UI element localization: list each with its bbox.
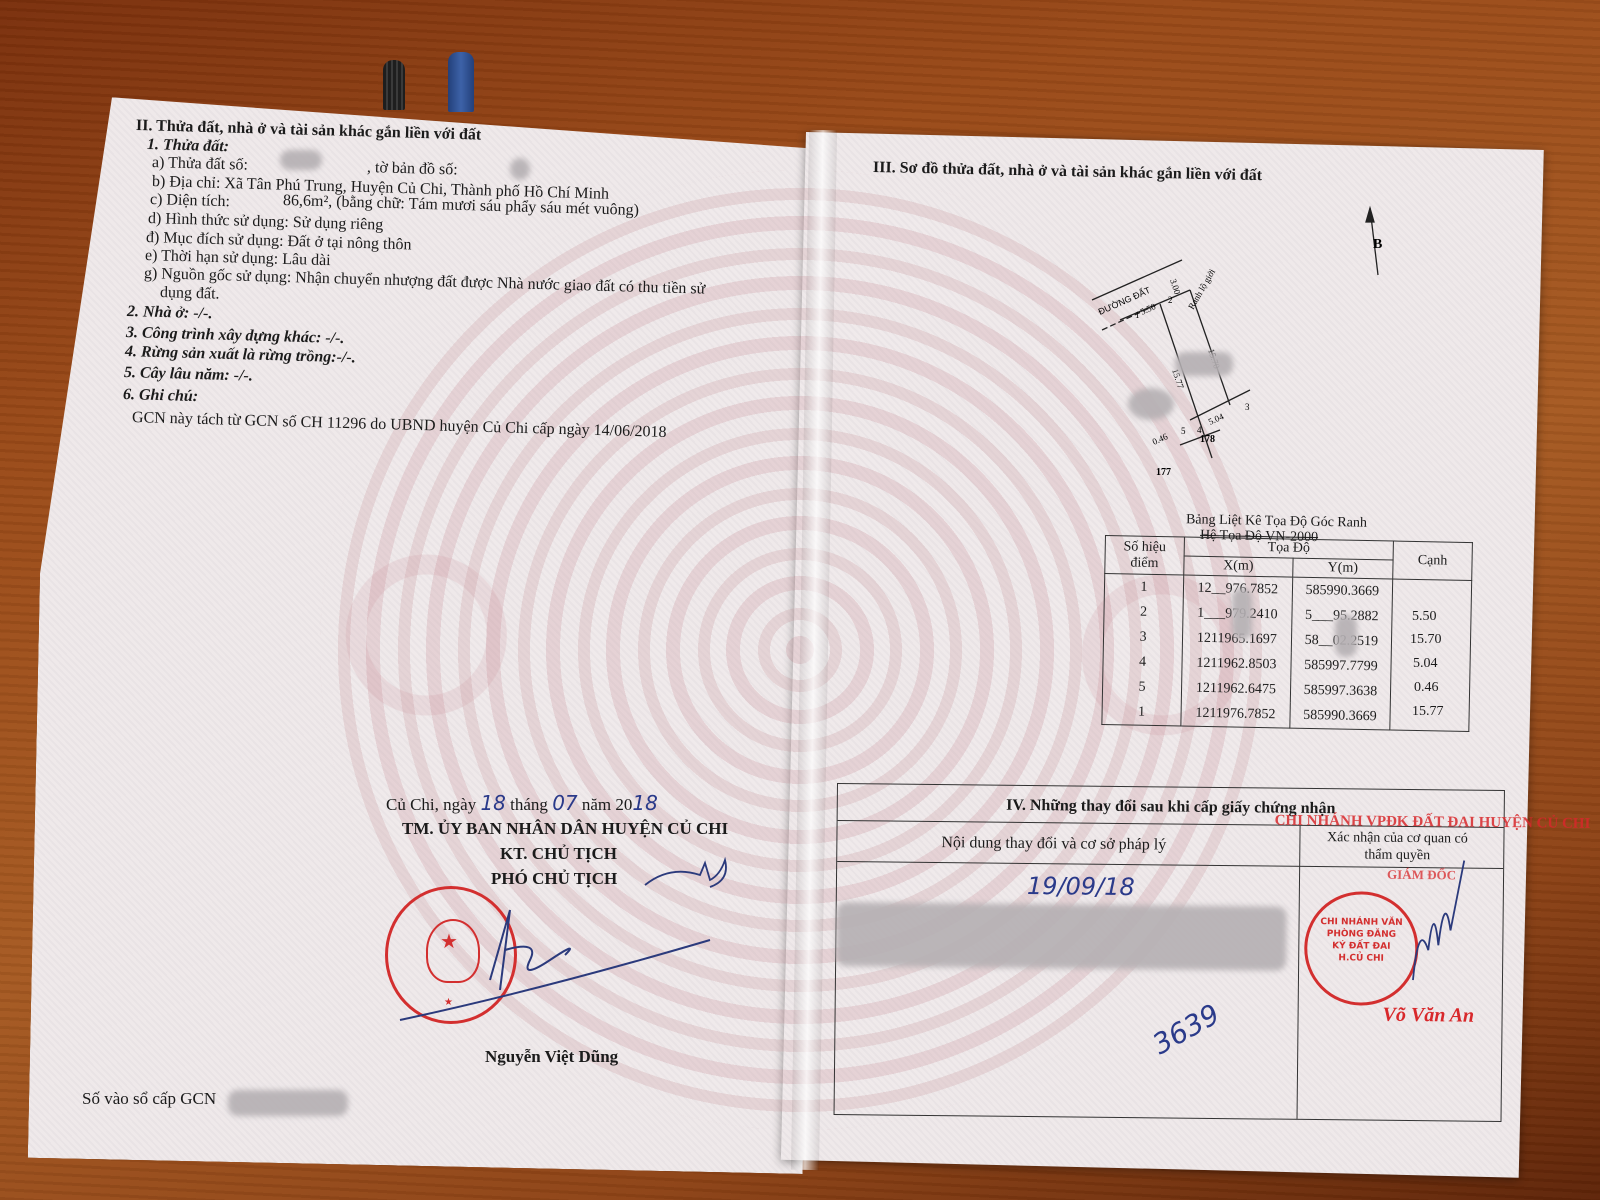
issuing-org: TM. ỦY BAN NHÂN DÂN HUYỆN CỦ CHI [402,820,728,837]
svg-text:5.04: 5.04 [1207,411,1226,427]
change-entry-date: 19/09/18 [1027,872,1135,901]
col-x: X(m) [1184,556,1293,577]
svg-text:3: 3 [1245,402,1250,412]
signature-registrar [1408,860,1469,991]
svg-text:2: 2 [1168,295,1173,305]
signer-role-1: KT. CHỦ TỊCH [500,845,617,862]
registrar-name: Võ Văn An [1382,1005,1474,1026]
signature-vice-chairman [390,900,720,1030]
changes-table: IV. Những thay đổi sau khi cấp giấy chứn… [834,783,1505,1122]
svg-text:3.00: 3.00 [1168,278,1183,297]
issue-date: Củ Chi, ngày 18 tháng 07 năm 2018 [386,793,658,813]
edge-value: 0.46 [1414,680,1439,696]
area-label: c) Diện tích: [150,192,230,210]
year-label: năm 20 [582,795,633,814]
section-2-sub1: 1. Thửa đất: [147,137,229,155]
signer-role-2: PHÓ CHỦ TỊCH [491,870,617,887]
north-label: B [1373,237,1382,252]
redacted-change-content [836,902,1287,971]
usage-origin-cont: dụng đất. [160,285,220,303]
parcel-diagram: B ĐƯỜNG ĐẤT 5.50 3.00 Ranh lộ giới 15.77… [1060,200,1480,490]
svg-text:Ranh lộ giới: Ranh lộ giới [1186,267,1217,311]
redacted-registry-number [228,1090,348,1116]
signer-name: Nguyễn Việt Dũng [485,1048,618,1065]
edge-value: 15.77 [1412,704,1444,720]
edge-value: 15.70 [1410,632,1442,648]
black-pen [383,60,405,110]
col-point: Số hiệu điểm [1105,536,1185,576]
registry-label: Số vào sổ cấp GCN [82,1090,216,1107]
svg-text:178: 178 [1200,434,1215,445]
col-change-content: Nội dung thay đổi và cơ sở pháp lý [941,834,1166,854]
redacted-x-coords [1232,588,1252,640]
redacted-parcel-number [280,150,322,170]
parcel-number-label: a) Thửa đất số: [152,155,248,174]
date-prefix: Củ Chi, ngày [386,795,476,814]
month-label: tháng [510,795,548,814]
svg-text:5: 5 [1181,426,1186,436]
issue-day: 18 [480,791,505,815]
issue-year-suffix: 18 [632,791,657,815]
redacted-map-sheet [510,158,530,180]
edge-value: 5.50 [1412,609,1437,625]
svg-text:5.50: 5.50 [1139,301,1158,317]
handwritten-number: 3639 [1147,997,1225,1061]
svg-text:1: 1 [1135,310,1140,320]
map-sheet-label: , tờ bản đồ số: [367,160,458,179]
stamp-inner-text: CHI NHÁNH VĂN PHÒNG ĐĂNG KÝ ĐẤT ĐAI H.CỦ… [1319,916,1404,965]
svg-text:0.46: 0.46 [1151,431,1170,447]
blue-pen [448,52,474,112]
redacted-parcel-id [1175,352,1233,376]
col-edge: Cạnh [1393,541,1473,581]
redacted-y-coords [1335,615,1357,657]
edge-value: 5.04 [1413,656,1438,672]
issue-month: 07 [552,791,577,815]
changes-column-divider [1297,826,1301,1119]
svg-text:177: 177 [1156,467,1171,478]
item-notes: 6. Ghi chú: [123,387,199,405]
col-y: Y(m) [1292,558,1393,579]
signature-initials [640,855,740,895]
redacted-parcel-area [1128,388,1174,420]
registration-office-stamp: CHI NHÁNH VĂN PHÒNG ĐĂNG KÝ ĐẤT ĐAI H.CỦ… [1304,891,1419,1006]
item-house: 2. Nhà ở: -/-. [127,304,213,322]
